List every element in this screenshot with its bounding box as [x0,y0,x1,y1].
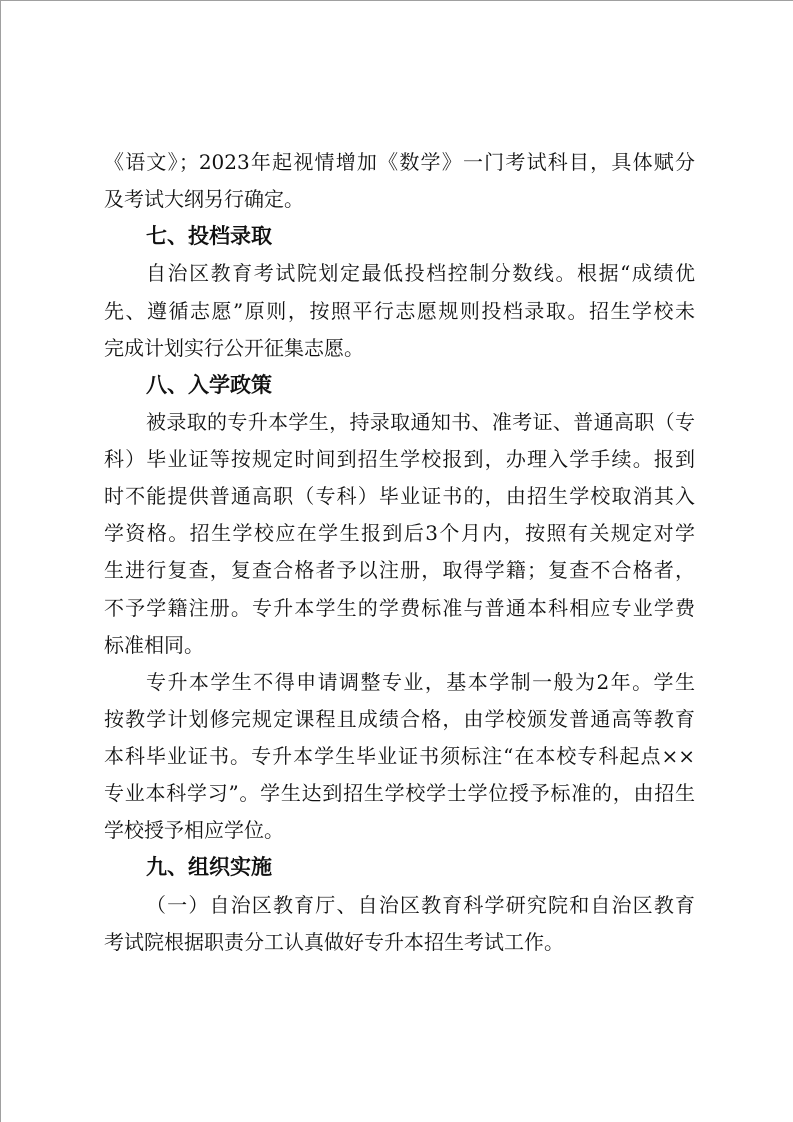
text-line: 完成计划实行公开征集志愿。 [104,330,695,367]
text-line: 科）毕业证等按规定时间到招生学校报到，办理入学手续。报到 [104,441,695,478]
text-line: 先、遵循志愿”原则，按照平行志愿规则投档录取。招生学校未 [104,293,695,330]
text-line: （一）自治区教育厅、自治区教育科学研究院和自治区教育 [104,887,695,924]
text-line: 及考试大纲另行确定。 [104,181,695,218]
text-line: 学资格。招生学校应在学生报到后3个月内，按照有关规定对学 [104,515,695,552]
text-line: 按教学计划修完规定课程且成绩合格，由学校颁发普通高等教育 [104,701,695,738]
text-line: 《语文》；2023年起视情增加《数学》一门考试科目，具体赋分 [104,144,695,181]
document-body: 《语文》；2023年起视情增加《数学》一门考试科目，具体赋分 及考试大纲另行确定… [104,144,695,961]
section-heading-enrollment-policy: 八、入学政策 [104,367,695,404]
text-line: 被录取的专升本学生，持录取通知书、准考证、普通高职（专 [104,404,695,441]
text-line: 自治区教育考试院划定最低投档控制分数线。根据“成绩优 [104,255,695,292]
text-line: 生进行复查，复查合格者予以注册，取得学籍；复查不合格者， [104,552,695,589]
document-page: 《语文》；2023年起视情增加《数学》一门考试科目，具体赋分 及考试大纲另行确定… [0,0,793,1122]
text-line: 考试院根据职责分工认真做好专升本招生考试工作。 [104,924,695,961]
text-line: 本科毕业证书。专升本学生毕业证书须标注“在本校专科起点×× [104,738,695,775]
text-line: 专业本科学习”。学生达到招生学校学士学位授予标准的，由招生 [104,775,695,812]
text-line: 时不能提供普通高职（专科）毕业证书的，由招生学校取消其入 [104,478,695,515]
section-heading-implementation: 九、组织实施 [104,849,695,886]
section-heading-admission: 七、投档录取 [104,218,695,255]
text-line: 标准相同。 [104,627,695,664]
text-line: 学校授予相应学位。 [104,812,695,849]
text-line: 不予学籍注册。专升本学生的学费标准与普通本科相应专业学费 [104,590,695,627]
text-line: 专升本学生不得申请调整专业，基本学制一般为2年。学生 [104,664,695,701]
